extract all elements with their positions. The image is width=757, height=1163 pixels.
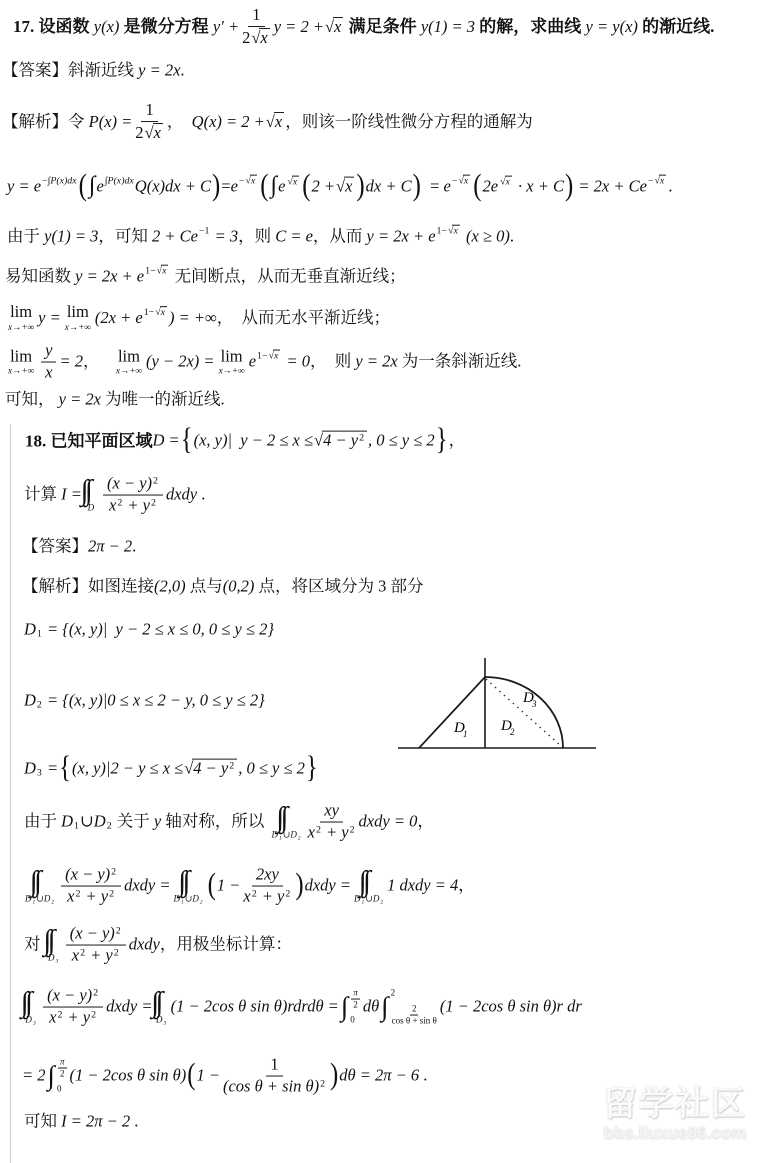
q18-region-d3-line: D3 ={(x, y)|2 − y ≤ x ≤√4 − y2, 0 ≤ y ≤ … <box>24 757 319 782</box>
math-token: x→+∞ <box>65 322 91 332</box>
math-token: x <box>275 112 282 131</box>
math-token: x <box>162 266 166 277</box>
math-token: ∪D <box>365 894 379 903</box>
math-token: 1 <box>37 628 42 640</box>
math-token: 2 <box>252 888 257 899</box>
math-token: 1 <box>266 1056 282 1077</box>
math-token: ，用极坐标计算： <box>160 935 292 956</box>
math-token: 2 <box>153 475 158 486</box>
math-token: 1 <box>181 900 184 906</box>
math-token: D = <box>153 431 180 452</box>
math-token: ) <box>330 1061 338 1091</box>
math-token: D3 <box>48 953 59 962</box>
math-token: x <box>109 496 116 515</box>
q17-slant-asymptote-line: limx→+∞yx= 2， limx→+∞(y − 2x) =limx→+∞e1… <box>4 342 521 383</box>
q18-symmetry-line: 由于 D1∪D2 关于 y 轴对称，所以 ∫∫D1∪D2xyx2 + y2dxd… <box>24 802 434 843</box>
math-token: √x <box>157 265 169 277</box>
math-token: . <box>130 1112 138 1133</box>
math-token: x2 + y2 <box>308 823 356 843</box>
math-token: x→+∞ <box>116 366 142 376</box>
math-token: 2xy <box>252 866 283 887</box>
math-token: lim <box>67 302 89 321</box>
math-token: ， <box>167 112 192 133</box>
math-token: 2 <box>320 1078 325 1089</box>
math-token: x <box>72 946 79 965</box>
math-token: π2 <box>351 989 360 1011</box>
math-token: x2 + y2 <box>243 887 291 907</box>
q18-region-d1-line: D1 = {(x, y)| y − 2 ≤ x ≤ 0, 0 ≤ y ≤ 2} <box>24 620 274 641</box>
math-token: y <box>45 341 52 360</box>
math-token: 2 <box>107 820 112 831</box>
math-token: ，则该一阶线性微分方程的通解为 <box>285 112 533 133</box>
math-token: ∫∫ <box>85 477 97 504</box>
math-token: 1−√x <box>437 225 461 238</box>
math-token: 1(cos θ + sin θ)2 <box>223 1056 326 1097</box>
math-token: Q(x) = 2 + <box>192 112 265 133</box>
math-token: √x <box>325 17 343 37</box>
math-token: 由于 <box>7 227 44 248</box>
math-token: lim <box>67 304 89 321</box>
math-token: (x − y) <box>107 474 152 493</box>
math-token: P(x) = <box>89 112 133 133</box>
math-token: 2 <box>153 475 158 486</box>
math-token: (y − 2x) = <box>146 352 215 373</box>
math-token: 2 <box>353 1000 358 1010</box>
math-token: x <box>154 123 161 142</box>
math-token: 2 <box>298 837 301 842</box>
math-token: · x + C <box>514 177 564 198</box>
math-token: (cos θ + sin θ)2 <box>223 1077 326 1097</box>
math-token: 设函数 <box>39 16 94 37</box>
left-cell-border <box>10 424 11 1163</box>
math-token: (x − y)2 <box>61 866 121 887</box>
math-token: (cos θ + sin θ) <box>223 1077 319 1096</box>
q17-no-vertical-line: 易知函数 y = 2x + e1−√x 无间断点，从而无垂直渐近线； <box>5 267 406 288</box>
math-token: 1 <box>33 900 36 906</box>
math-token: P(x)dx <box>107 175 133 187</box>
math-token: 【答案】 <box>22 537 88 558</box>
math-token: x→+∞ <box>8 322 34 332</box>
math-token: 1 − <box>196 1066 220 1087</box>
math-token: 2 <box>298 836 301 842</box>
math-token: (x − y)2x2 + y2 <box>66 925 126 966</box>
math-token: −∫P(x)dx <box>42 175 77 187</box>
math-token: y(x) <box>94 17 120 38</box>
math-token: 【解析】如图连接 <box>22 577 154 598</box>
math-token: 2 <box>229 761 234 772</box>
math-token: 2 <box>109 888 114 899</box>
math-token: 2 <box>350 824 355 835</box>
math-token: D <box>24 620 36 641</box>
math-token: D <box>25 1015 32 1024</box>
math-token: dxdy = <box>106 997 152 1018</box>
math-token: x <box>160 306 167 318</box>
math-token: x <box>45 363 52 383</box>
math-token: x <box>506 176 510 187</box>
math-token: 4 − y <box>193 759 228 778</box>
math-token: ) <box>356 172 364 202</box>
math-token: y′ + <box>213 17 239 38</box>
math-token: x <box>452 225 459 237</box>
math-token: D <box>354 894 361 903</box>
math-token: (x − y) <box>47 986 92 1005</box>
q18-analysis-line: 【解析】如图连接(2,0) 点与(0,2) 点，将区域分为 3 部分 <box>22 577 424 598</box>
math-token: x→+∞ <box>116 367 142 376</box>
math-token: 的解，求曲线 <box>475 16 586 37</box>
math-token: (1 − 2cos θ sin θ)rdrdθ = <box>171 997 339 1018</box>
math-token: x <box>259 28 269 48</box>
math-token: (x − y) <box>65 865 110 884</box>
math-token: D1∪D2 <box>272 830 302 839</box>
math-token: D <box>88 504 95 513</box>
math-token: y(1) = 3 <box>44 227 98 248</box>
math-token: ∫∫D3 <box>156 989 168 1025</box>
math-token: x <box>273 350 280 362</box>
math-token: 2 <box>229 761 234 772</box>
math-token: 1 dxdy = 4 <box>387 876 458 897</box>
math-token: x <box>251 176 255 187</box>
q17-constant-line: 由于 y(1) = 3，可知 2 + Ce−1 = 3，则 C = e，从而 y… <box>7 227 514 248</box>
math-token: x2 + y2 <box>72 946 120 966</box>
math-token: 2 <box>117 497 122 508</box>
math-token: √x <box>499 175 513 187</box>
math-token: 1− <box>144 307 155 319</box>
math-token: √x <box>655 175 667 187</box>
math-token: dx + C <box>366 177 412 198</box>
math-token: ( <box>260 172 268 202</box>
math-token: 2 <box>359 433 364 444</box>
math-token: = {(x, y)|0 ≤ x ≤ 2 − y, 0 ≤ y ≤ 2} <box>43 691 265 712</box>
math-token: 2 <box>116 925 121 936</box>
math-token: √x <box>269 350 281 362</box>
math-token: 2 + <box>311 177 335 198</box>
math-token: ∫∫ <box>48 927 60 954</box>
math-token: x <box>49 1008 56 1027</box>
math-token: dθ = 2π − 6 <box>339 1066 419 1087</box>
math-token: 12√x <box>135 101 164 143</box>
math-token: x <box>659 175 666 187</box>
math-token: (x ≥ 0) <box>462 227 510 248</box>
q17-answer-line: 【答案】斜渐近线 y = 2x. <box>2 61 185 82</box>
math-token: } <box>436 426 448 456</box>
math-token: (x − y)2 <box>103 475 163 496</box>
math-token: 4 − y2 <box>322 431 367 451</box>
math-token: e <box>444 177 451 198</box>
region-label-d2-sub: 2 <box>510 727 515 737</box>
math-token: 1 <box>362 901 365 906</box>
math-token: π20 <box>350 988 361 1026</box>
math-token: ∪D <box>80 812 106 833</box>
math-token: y = 2x + e <box>367 227 436 248</box>
math-token: = 2 <box>22 1066 46 1087</box>
math-token: y <box>41 342 56 363</box>
math-token: + y <box>322 823 349 842</box>
math-token: ， 从而无水平渐近线； <box>217 308 390 329</box>
math-token: 易知函数 <box>5 267 75 288</box>
math-token: 2cos θ + sin θ <box>392 1004 437 1026</box>
math-token: ) <box>295 871 303 901</box>
math-token: x <box>161 265 168 277</box>
math-token: √x <box>458 175 470 187</box>
math-token: 1−√x <box>144 306 168 319</box>
math-token: ∫ <box>381 994 388 1020</box>
math-token: (2x + e <box>95 308 143 329</box>
math-token: ，则 <box>238 227 275 248</box>
math-token: = 0 <box>282 352 310 373</box>
math-token: ( <box>79 172 87 202</box>
math-token: 2 <box>117 497 122 508</box>
q18-conclusion-line: 可知 I = 2π − 2 . <box>24 1112 138 1133</box>
math-token: (0,2) <box>223 577 255 598</box>
math-token: (x − y)2 <box>66 925 126 946</box>
math-token: (x − y)2x2 + y2 <box>61 866 121 907</box>
math-token: + y <box>81 887 108 906</box>
math-token: D1∪D2 <box>174 894 204 903</box>
math-token: D <box>174 894 181 903</box>
math-token: 为唯一的渐近线. <box>101 390 225 411</box>
math-token: ( <box>208 871 216 901</box>
math-token: x <box>333 17 343 37</box>
math-token: x→+∞ <box>8 367 34 376</box>
math-token: ( <box>473 172 481 202</box>
math-token: = 3 <box>210 227 238 248</box>
math-token: 2 <box>37 699 42 711</box>
math-token: x2 + y2 <box>67 887 115 907</box>
math-token: (1 − 2cos θ sin θ)r dr <box>440 997 582 1018</box>
math-token: ∫∫D1∪D2 <box>354 868 384 904</box>
math-token: e <box>231 177 238 198</box>
math-token: 2 <box>93 987 98 998</box>
math-token: = 2x + Ce <box>574 177 647 198</box>
math-token: + y <box>258 887 285 906</box>
math-token: ∪D <box>185 894 199 903</box>
math-token: 对 <box>24 935 45 956</box>
math-token: ( <box>302 172 310 202</box>
math-token: D <box>272 830 279 839</box>
math-token: y = e <box>7 177 41 198</box>
math-token: . <box>668 177 672 198</box>
math-token: D <box>61 812 73 833</box>
math-token: ， <box>449 431 466 452</box>
math-token: 2 <box>60 1069 65 1080</box>
math-token: x <box>292 175 299 187</box>
math-token: x→+∞ <box>219 366 245 376</box>
q17-general-solution-line: y = e−∫P(x)dx(∫e∫P(x)dxQ(x)dx + C)=e−√x(… <box>7 175 672 200</box>
math-token: y <box>154 812 161 833</box>
math-token: y = 2x <box>355 352 397 373</box>
math-token: lim <box>221 346 243 365</box>
math-token: −√x <box>452 175 471 188</box>
math-token: √x <box>448 225 460 237</box>
region-diagram-svg: D 1 D 2 D 3 <box>398 650 598 765</box>
math-token: π <box>58 1058 67 1069</box>
math-token: 1− <box>437 226 448 238</box>
math-token: e <box>249 352 256 373</box>
math-token: −1 <box>199 225 210 237</box>
math-token: 1− <box>145 266 156 278</box>
math-token: + y <box>123 496 150 515</box>
math-token: dxdy <box>129 935 160 956</box>
math-token: xyx2 + y2 <box>308 802 356 843</box>
math-token: lim <box>118 346 140 365</box>
math-token: cos θ + sin θ <box>392 1015 437 1026</box>
math-token: 2 <box>320 1078 325 1089</box>
math-token: x <box>345 177 352 196</box>
math-token: ∫∫ <box>34 868 46 895</box>
math-token: π2 <box>58 1058 67 1080</box>
math-token: D <box>24 691 36 712</box>
math-token: x <box>505 175 512 187</box>
math-token: 满足条件 <box>344 16 421 37</box>
math-token: x <box>67 887 74 906</box>
math-token: (x − y)2 <box>43 987 103 1008</box>
math-token: 3 <box>163 1021 166 1027</box>
math-token: D3 <box>156 1015 167 1024</box>
math-token: 1 <box>74 820 79 831</box>
math-token: −√x <box>648 175 667 188</box>
math-token: y(1) = 3 <box>421 17 475 38</box>
math-token: dxdy = <box>305 876 351 897</box>
math-token: √4 − y2 <box>184 759 237 779</box>
math-token: 是微分方程 <box>119 16 213 37</box>
math-token: y = <box>38 308 61 329</box>
math-token: 3 <box>33 1021 36 1027</box>
math-token: I = <box>61 485 82 506</box>
q18-region-d2-line: D2 = {(x, y)|0 ≤ x ≤ 2 − y, 0 ≤ y ≤ 2} <box>24 691 265 712</box>
math-token: ∫∫D1∪D2 <box>272 804 302 840</box>
math-token: 2 <box>91 1009 96 1020</box>
math-token: 1 <box>248 6 264 27</box>
math-token: D1∪D2 <box>25 894 55 903</box>
math-token: D <box>156 1015 163 1024</box>
math-token: (x − y)2x2 + y2 <box>43 987 103 1028</box>
math-token: − <box>648 176 654 188</box>
math-token: 2 <box>93 987 98 998</box>
math-token: 2xyx2 + y2 <box>243 866 291 907</box>
math-token: = <box>43 759 58 780</box>
math-token: 1 <box>181 901 184 906</box>
math-token: √x <box>145 123 163 143</box>
math-token: 2 <box>51 901 54 906</box>
math-token: 1 <box>279 836 282 842</box>
math-token: 2 <box>350 824 355 835</box>
watermark-title: 留学社区 <box>593 1085 757 1124</box>
math-token: 2e <box>483 177 499 198</box>
math-token: { <box>181 426 193 456</box>
math-token: 2 <box>359 433 364 444</box>
q18-polar-intro-line: 对 ∫∫D3(x − y)2x2 + y2dxdy，用极坐标计算： <box>24 925 292 966</box>
math-token: 2 <box>114 947 119 958</box>
math-token: dxdy = 0 <box>359 812 418 833</box>
math-token: , 0 ≤ y ≤ 2 <box>368 431 435 452</box>
math-token: D <box>48 953 55 962</box>
math-token: = <box>422 177 444 198</box>
math-token: 3 <box>56 960 59 965</box>
math-token: . <box>197 485 205 506</box>
math-token: x <box>453 226 457 237</box>
math-token: x <box>463 175 470 187</box>
math-token: { <box>59 754 71 784</box>
math-token: ，可知 <box>98 227 152 248</box>
math-token: π2 <box>350 988 361 1011</box>
math-token: 0 <box>350 1015 355 1025</box>
math-token: P(x)dx <box>50 175 76 187</box>
math-token: lim <box>118 348 140 365</box>
math-token: x <box>334 17 341 36</box>
math-token: ∫∫ <box>363 868 375 895</box>
math-token: x <box>464 176 468 187</box>
math-token: − <box>452 176 458 188</box>
q17-analysis-intro-line: 【解析】令 P(x) =12√x， Q(x) = 2 +√x，则该一阶线性微分方… <box>2 101 533 143</box>
q18-compute-line: 计算 I =∫∫D(x − y)2x2 + y2dxdy . <box>24 475 205 516</box>
math-token: 1 <box>279 837 282 842</box>
math-token: C = e <box>275 227 313 248</box>
math-token: (x − y)2x2 + y2 <box>103 475 163 516</box>
math-token: 2 <box>111 866 116 877</box>
math-token: 可知 <box>24 1112 61 1133</box>
math-token: 2 <box>80 947 85 958</box>
math-token: y = 2 + <box>274 17 324 38</box>
math-token: x <box>153 123 163 143</box>
math-token: √x <box>336 177 354 197</box>
math-token: 3 <box>56 959 59 965</box>
math-token: Q(x)dx + C <box>135 177 211 198</box>
math-token: y = 2x + e <box>75 267 144 288</box>
math-token: limx→+∞ <box>8 304 34 332</box>
math-token: xy <box>320 802 343 823</box>
math-token: 2 <box>107 820 112 832</box>
math-token: − <box>239 176 245 188</box>
math-token: , 0 ≤ y ≤ 2 <box>238 759 305 780</box>
math-token: 2 + Ce <box>152 227 198 248</box>
math-token: 2 <box>316 824 321 835</box>
math-token: 2 <box>109 888 114 899</box>
math-token: 2 <box>391 988 438 999</box>
math-token: √x <box>500 175 512 187</box>
math-token: 2xy <box>256 865 279 884</box>
math-token: 2 <box>380 901 383 906</box>
math-token: 计算 <box>24 485 61 506</box>
math-token: 为一条斜渐近线. <box>398 352 522 373</box>
math-token: 1−√x <box>257 350 281 363</box>
math-token: 2 <box>200 901 203 906</box>
q18-answer-line: 【答案】2π − 2. <box>22 537 136 558</box>
math-token: x→+∞ <box>8 366 34 376</box>
math-token: 2 <box>316 824 321 835</box>
math-token: 2 <box>252 888 257 899</box>
math-token: ∫∫D3 <box>25 989 37 1025</box>
math-token: cos θ + sin θ <box>392 1015 437 1025</box>
math-token: 12√x <box>242 6 271 48</box>
region-label-d3-sub: 3 <box>531 699 537 709</box>
math-token: . <box>510 227 514 248</box>
math-token: yx <box>41 342 56 383</box>
math-token: 1 <box>362 900 365 906</box>
math-token: √x <box>287 175 299 187</box>
math-token: 2 <box>353 1000 358 1011</box>
q17-conclusion-line: 可知， y = 2x 为唯一的渐近线. <box>5 390 225 411</box>
math-token: 的渐近线. <box>638 16 715 37</box>
math-token: −√x <box>239 175 258 188</box>
math-token: 1 <box>145 100 153 119</box>
math-token: x <box>243 887 250 906</box>
math-token: 【解析】令 <box>2 112 89 133</box>
math-token: x <box>660 176 664 187</box>
math-token: = <box>221 177 230 198</box>
math-token: 2 <box>151 497 156 508</box>
math-token: (x, y)| y − 2 ≤ x ≤ <box>194 431 313 452</box>
math-token: limx→+∞ <box>8 348 34 376</box>
